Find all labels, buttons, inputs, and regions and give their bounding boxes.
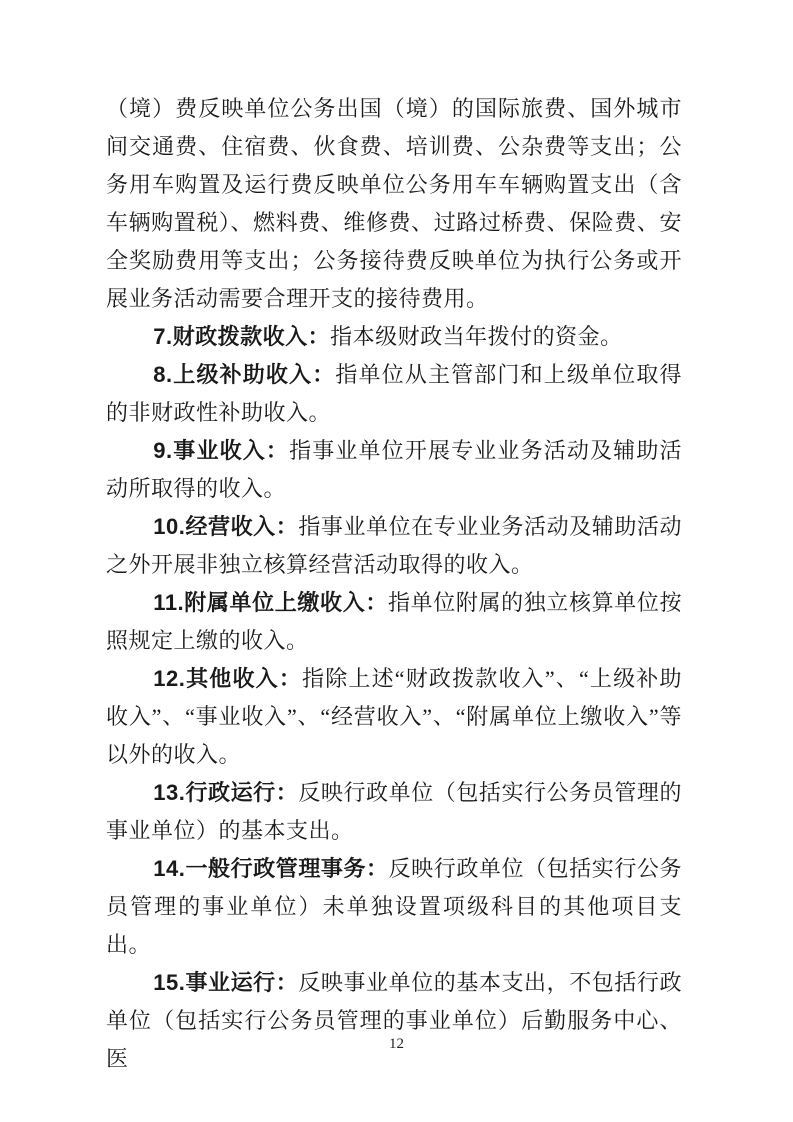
term-label: 12.其他收入： <box>153 666 302 691</box>
paragraph-definition-10: 10.经营收入：指事业单位在专业业务活动及辅助活动之外开展非独立核算经营活动取得… <box>106 508 682 584</box>
page-content: （境）费反映单位公务出国（境）的国际旅费、国外城市间交通费、住宿费、伙食费、培训… <box>106 90 682 1078</box>
term-label: 9.事业收入： <box>153 438 289 463</box>
document-page: （境）费反映单位公务出国（境）的国际旅费、国外城市间交通费、住宿费、伙食费、培训… <box>0 0 793 1122</box>
term-label: 13.行政运行： <box>153 780 298 805</box>
paragraph-definition-13: 13.行政运行：反映行政单位（包括实行公务员管理的事业单位）的基本支出。 <box>106 774 682 850</box>
paragraph-continuation: （境）费反映单位公务出国（境）的国际旅费、国外城市间交通费、住宿费、伙食费、培训… <box>106 90 682 318</box>
page-number: 12 <box>0 1034 793 1054</box>
term-label: 8.上级补助收入： <box>153 362 335 387</box>
paragraph-definition-7: 7.财政拨款收入：指本级财政当年拨付的资金。 <box>106 318 682 356</box>
paragraph-definition-12: 12.其他收入：指除上述“财政拨款收入”、“上级补助收入”、“事业收入”、“经营… <box>106 660 682 774</box>
paragraph-definition-15: 15.事业运行：反映事业单位的基本支出，不包括行政单位（包括实行公务员管理的事业… <box>106 964 682 1078</box>
term-label: 7.财政拨款收入： <box>153 324 330 349</box>
paragraph-text: 指本级财政当年拨付的资金。 <box>330 324 623 349</box>
term-label: 11.附属单位上缴收入： <box>153 590 388 615</box>
term-label: 10.经营收入： <box>153 514 298 539</box>
paragraph-definition-9: 9.事业收入：指事业单位开展专业业务活动及辅助活动所取得的收入。 <box>106 432 682 508</box>
term-label: 14.一般行政管理事务： <box>153 856 388 881</box>
paragraph-definition-14: 14.一般行政管理事务：反映行政单位（包括实行公务员管理的事业单位）未单独设置项… <box>106 850 682 964</box>
term-label: 15.事业运行： <box>153 970 298 995</box>
paragraph-text: （境）费反映单位公务出国（境）的国际旅费、国外城市间交通费、住宿费、伙食费、培训… <box>106 96 682 311</box>
paragraph-definition-11: 11.附属单位上缴收入：指单位附属的独立核算单位按照规定上缴的收入。 <box>106 584 682 660</box>
paragraph-definition-8: 8.上级补助收入：指单位从主管部门和上级单位取得的非财政性补助收入。 <box>106 356 682 432</box>
